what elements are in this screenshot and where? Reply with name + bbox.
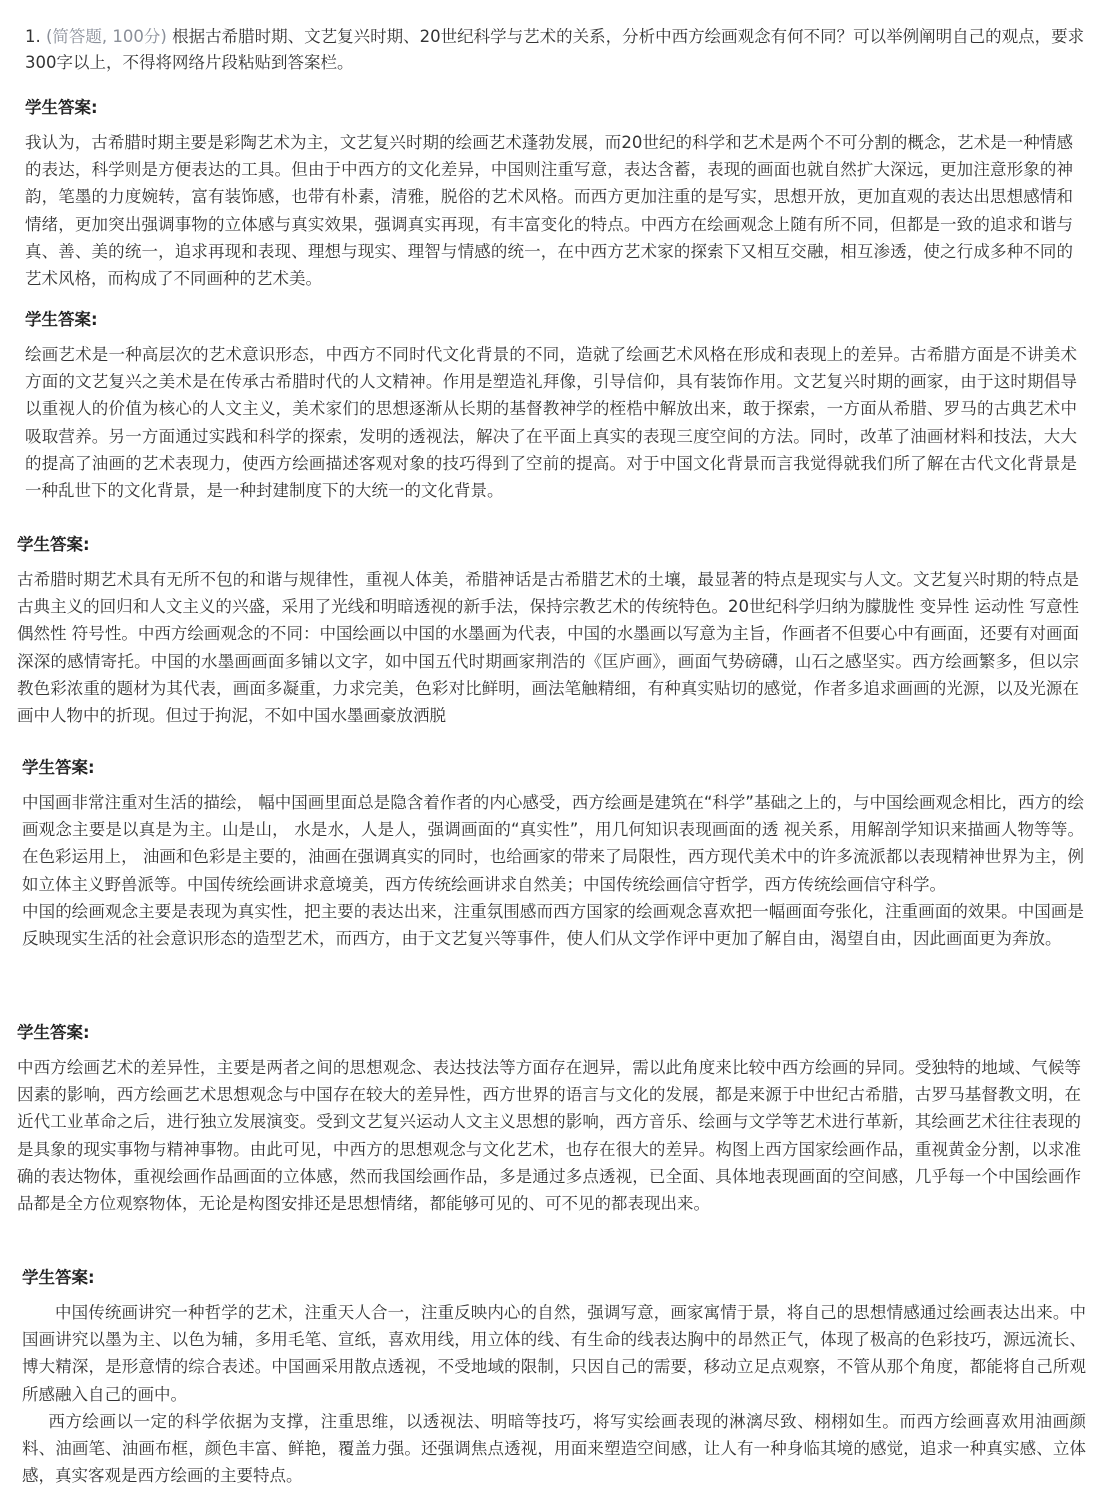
answer-text: 古希腊时期艺术具有无所不包的和谐与规律性，重视人体美，希腊神话是古希腊艺术的土壤… xyxy=(17,566,1079,729)
answer-block-4: 学生答案: 中国画非常注重对生活的描绘， 幅中国画里面总是隐含着作者的内心感受，… xyxy=(22,756,1084,952)
answer-heading: 学生答案: xyxy=(22,756,1084,780)
answer-paragraph: 绘画艺术是一种高层次的艺术意识形态，中西方不同时代文化背景的不同，造就了绘画艺术… xyxy=(25,341,1077,504)
answer-paragraph: 中国传统画讲究一种哲学的艺术，注重天人合一，注重反映内心的自然，强调写意，画家寓… xyxy=(22,1299,1086,1408)
question-number: 1. xyxy=(25,27,41,46)
answer-heading: 学生答案: xyxy=(22,1266,1086,1290)
answer-block-3: 学生答案: 古希腊时期艺术具有无所不包的和谐与规律性，重视人体美，希腊神话是古希… xyxy=(17,533,1079,729)
answer-text: 中国画非常注重对生活的描绘， 幅中国画里面总是隐含着作者的内心感受，西方绘画是建… xyxy=(22,789,1084,952)
answer-text: 我认为，古希腊时期主要是彩陶艺术为主，文艺复兴时期的绘画艺术蓬勃发展，而20世纪… xyxy=(25,129,1073,292)
answer-block-6: 学生答案: 中国传统画讲究一种哲学的艺术，注重天人合一，注重反映内心的自然，强调… xyxy=(22,1266,1086,1489)
answer-block-2: 学生答案: 绘画艺术是一种高层次的艺术意识形态，中西方不同时代文化背景的不同，造… xyxy=(25,308,1077,504)
answer-heading: 学生答案: xyxy=(25,96,1073,120)
answer-paragraph: 我认为，古希腊时期主要是彩陶艺术为主，文艺复兴时期的绘画艺术蓬勃发展，而20世纪… xyxy=(25,129,1073,292)
answer-block-1: 学生答案: 我认为，古希腊时期主要是彩陶艺术为主，文艺复兴时期的绘画艺术蓬勃发展… xyxy=(25,96,1073,292)
answer-text: 绘画艺术是一种高层次的艺术意识形态，中西方不同时代文化背景的不同，造就了绘画艺术… xyxy=(25,341,1077,504)
answer-paragraph: 中国的绘画观念主要是表现为真实性，把主要的表达出来，注重氛围感而西方国家的绘画观… xyxy=(22,898,1084,952)
question: 1. (简答题, 100分) 根据古希腊时期、文艺复兴时期、20世纪科学与艺术的… xyxy=(25,24,1085,76)
question-text: 根据古希腊时期、文艺复兴时期、20世纪科学与艺术的关系，分析中西方绘画观念有何不… xyxy=(25,27,1084,72)
answer-paragraph: 西方绘画以一定的科学依据为支撑，注重思维，以透视法、明暗等技巧，将写实绘画表现的… xyxy=(22,1408,1086,1490)
answer-heading: 学生答案: xyxy=(25,308,1077,332)
answer-paragraph: 中国画非常注重对生活的描绘， 幅中国画里面总是隐含着作者的内心感受，西方绘画是建… xyxy=(22,789,1084,898)
answer-heading: 学生答案: xyxy=(17,533,1079,557)
question-type-score: (简答题, 100分) xyxy=(46,27,167,46)
answer-paragraph: 中西方绘画艺术的差异性，主要是两者之间的思想观念、表达技法等方面存在迥异，需以此… xyxy=(17,1054,1081,1217)
answer-block-5: 学生答案: 中西方绘画艺术的差异性，主要是两者之间的思想观念、表达技法等方面存在… xyxy=(17,1021,1081,1217)
answer-text: 中国传统画讲究一种哲学的艺术，注重天人合一，注重反映内心的自然，强调写意，画家寓… xyxy=(22,1299,1086,1489)
answer-heading: 学生答案: xyxy=(17,1021,1081,1045)
answer-paragraph: 古希腊时期艺术具有无所不包的和谐与规律性，重视人体美，希腊神话是古希腊艺术的土壤… xyxy=(17,566,1079,729)
answer-text: 中西方绘画艺术的差异性，主要是两者之间的思想观念、表达技法等方面存在迥异，需以此… xyxy=(17,1054,1081,1217)
